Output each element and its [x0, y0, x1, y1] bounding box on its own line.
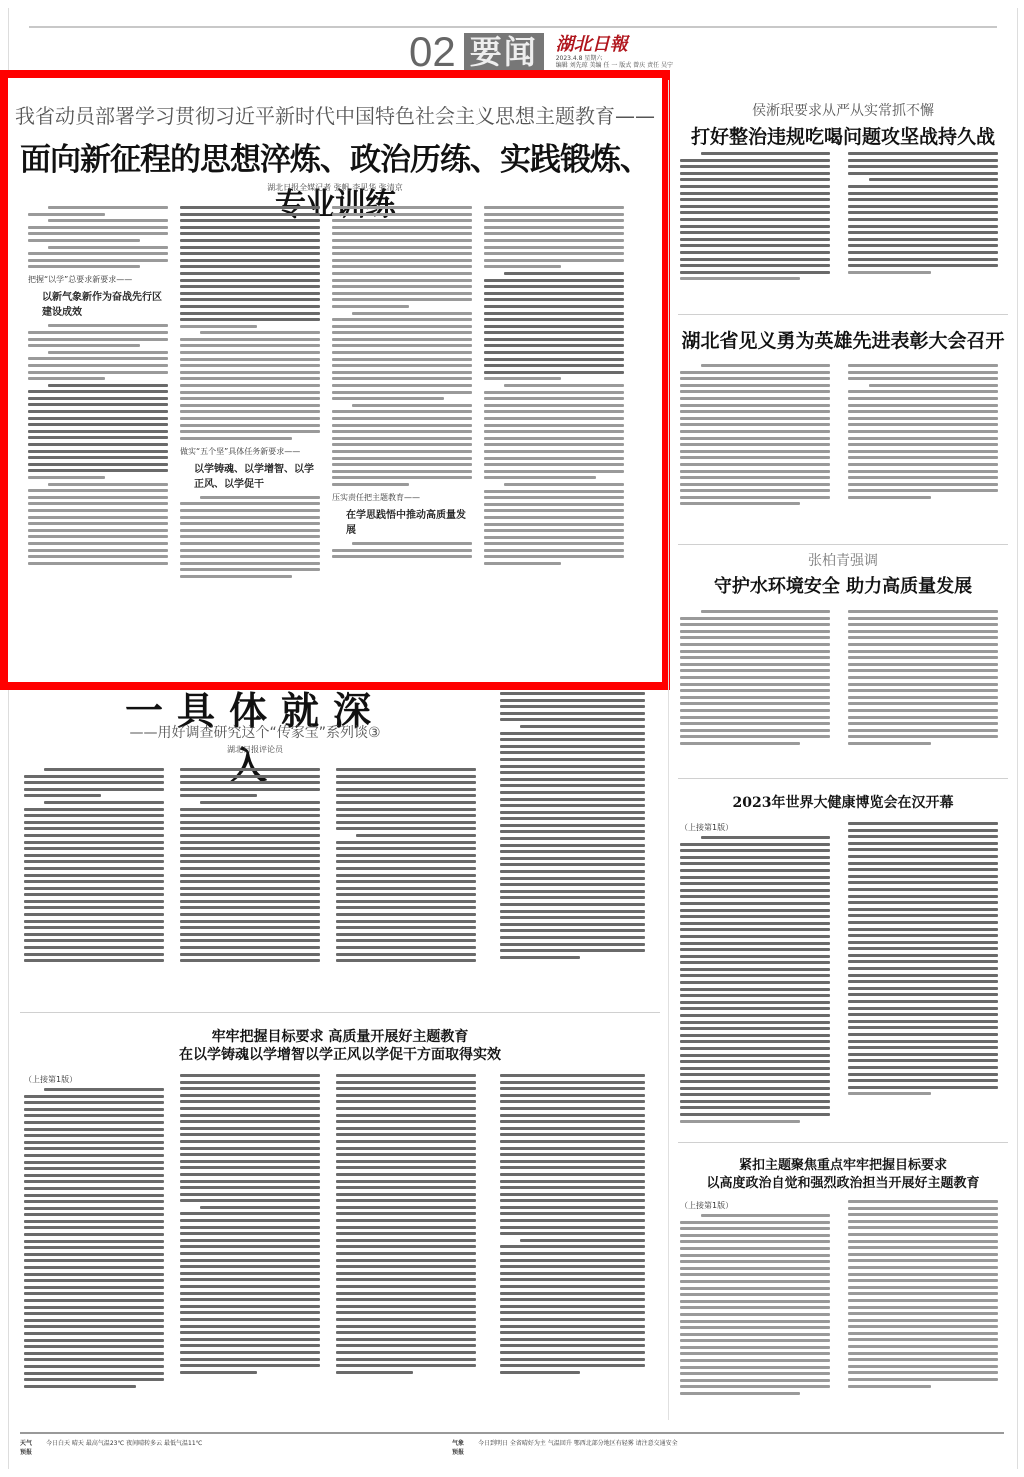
divider [20, 1012, 660, 1013]
right-story-2-headline[interactable]: 湖北省见义勇为英雄先进表彰大会召开 [678, 326, 1008, 353]
right-story-3-kicker: 张柏青强调 [678, 550, 1008, 570]
page-footer: 天气 预报 今日白天 晴天 最高气温23℃ 夜间晴转多云 最低气温11℃ 气象 … [20, 1432, 1004, 1456]
commentary-subtitle: ——用好调查研究这个“传家宝”系列谈③ [100, 722, 410, 742]
bottom-story-headline-1[interactable]: 牢牢把握目标要求 高质量开展好主题教育 [20, 1026, 660, 1046]
right-story-3-headline[interactable]: 守护水环境安全 助力高质量发展 [678, 572, 1008, 598]
subhead-lead-3: 压实责任把主题教育—— [332, 492, 472, 503]
page-number: 02 [409, 32, 456, 72]
divider [678, 314, 1008, 315]
paper-logo: 湖北日報 [556, 35, 673, 55]
right-story-1-kicker: 侯淅珉要求从严从实常抓不懈 [678, 100, 1008, 120]
right-story-1-headline[interactable]: 打好整治违规吃喝问题攻坚战持久战 [678, 122, 1008, 149]
divider [678, 1142, 1008, 1143]
top-rule [29, 26, 997, 28]
main-story-highlight[interactable]: 我省动员部署学习贯彻习近平新时代中国特色社会主义思想主题教育—— 面向新征程的思… [0, 70, 670, 690]
section-title: 要闻 [464, 33, 544, 71]
forecast-text: 今日到明日 全省晴好为主 气温回升 鄂西北部分地区有轻雾 请注意交通安全 [478, 1438, 1004, 1456]
page-masthead: 02 要闻 湖北日報 2023.4.8 星期六 编辑 刘先琼 美编 任 一 版式… [409, 32, 673, 72]
main-story-byline: 湖北日报全媒记者 张帆 李见华 张清京 [8, 182, 662, 193]
main-story-col-2: 做实“五个坚”具体任务新要求—— 以学铸魂、以学增智、以学正风、以学促干 [180, 206, 320, 582]
dateline: （上接第1版） [24, 1074, 164, 1085]
column-divider [668, 80, 669, 1420]
main-story-kicker: 我省动员部署学习贯彻习近平新时代中国特色社会主义思想主题教育—— [8, 100, 662, 129]
weather-text: 今日白天 晴天 最高气温23℃ 夜间晴转多云 最低气温11℃ [46, 1438, 446, 1456]
bottom-story-headline-2[interactable]: 在以学铸魂以学增智以学正风以学促干方面取得实效 [20, 1044, 660, 1064]
subhead-title-2: 以学铸魂、以学增智、以学正风、以学促干 [194, 460, 320, 490]
right-story-5-headline-1[interactable]: 紧扣主题聚焦重点牢牢把握目标要求 [678, 1154, 1008, 1173]
subhead-title-1: 以新气象新作为奋战先行区建设成效 [42, 288, 168, 318]
main-story-col-3: 压实责任把主题教育—— 在学思践悟中推动高质量发展 [332, 206, 472, 562]
paper-brand: 湖北日報 2023.4.8 星期六 编辑 刘先琼 美编 任 一 版式 曾庆 责任… [556, 35, 673, 69]
weather-label: 天气 预报 [20, 1438, 40, 1456]
forecast-label: 气象 预报 [452, 1438, 472, 1456]
commentary-byline: 湖北日报评论员 [100, 744, 410, 755]
main-story-col-4 [484, 206, 624, 569]
divider [678, 544, 1008, 545]
date-line: 2023.4.8 星期六 [556, 55, 673, 62]
right-story-4-headline[interactable]: 2023年世界大健康博览会在汉开幕 [678, 792, 1008, 812]
subhead-lead-1: 把握“以学”总要求新要求—— [28, 274, 168, 285]
dateline: （上接第1版） [680, 1200, 830, 1211]
right-story-5-headline-2[interactable]: 以高度政治自觉和强烈政治担当开展好主题教育 [678, 1172, 1008, 1191]
main-story-col-1: 把握“以学”总要求新要求—— 以新气象新作为奋战先行区建设成效 [28, 206, 168, 568]
divider [678, 778, 1008, 779]
dateline: （上接第1版） [680, 822, 830, 833]
subhead-lead-2: 做实“五个坚”具体任务新要求—— [180, 446, 320, 457]
subhead-title-3: 在学思践悟中推动高质量发展 [346, 506, 472, 536]
editor-line: 编辑 刘先琼 美编 任 一 版式 曾庆 责任 吴宁 [556, 62, 673, 69]
